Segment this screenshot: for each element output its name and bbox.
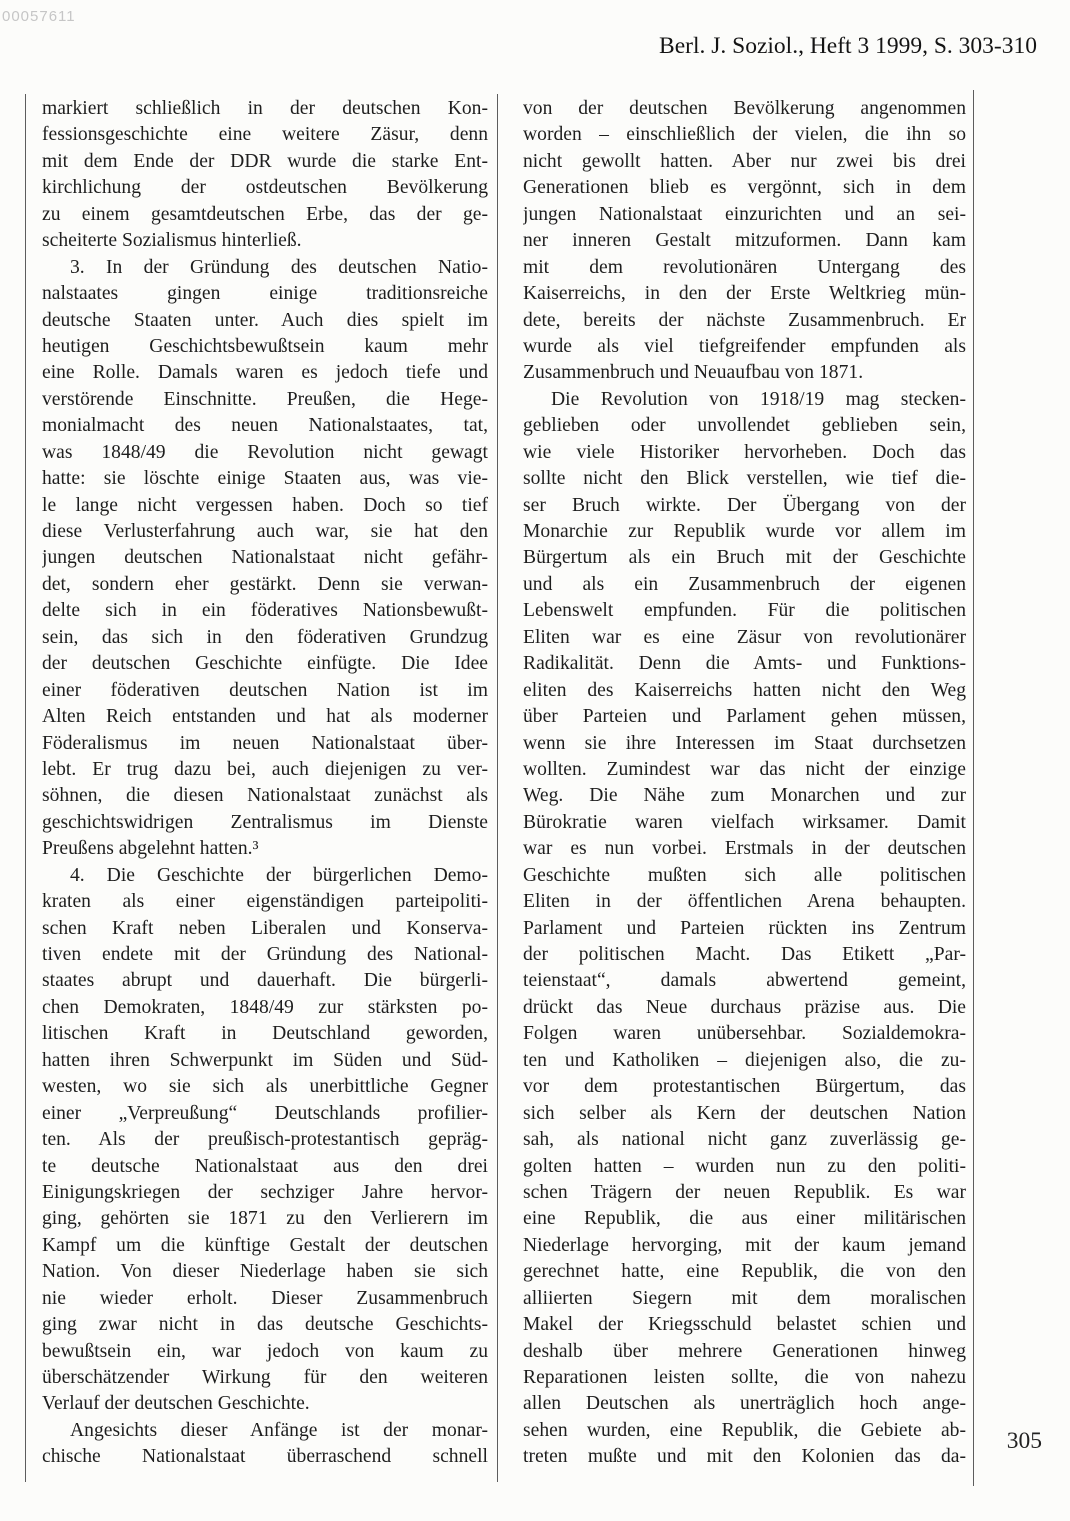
paragraph: Die Revolution von 1918/19 mag stecken-g…: [523, 387, 966, 1471]
text-line: nalstaates gingen einige traditionsreich…: [42, 281, 488, 307]
text-line: zu einem gesamtdeutschen Erbe, das der g…: [42, 202, 488, 228]
text-line: teienstaat“, damals abwertend gemeint,: [523, 968, 966, 994]
text-line: deutsche Staaten unter. Auch dies spielt…: [42, 308, 488, 334]
text-line: eine Republik, die aus einer militärisch…: [523, 1206, 966, 1232]
text-line: sollte nicht den Blick verstellen, wie t…: [523, 466, 966, 492]
scan-id-stamp: 00057611: [2, 8, 76, 25]
text-line: delte sich in ein föderatives Nationsbew…: [42, 598, 488, 624]
text-line: Parlament und Parteien rückten ins Zentr…: [523, 916, 966, 942]
text-line: nie wieder erholt. Dieser Zusammenbruch: [42, 1286, 488, 1312]
text-line: wollten. Zumindest war das nicht der ein…: [523, 757, 966, 783]
text-line: ging zwar nicht in das deutsche Geschich…: [42, 1312, 488, 1338]
text-line: von der deutschen Bevölkerung angenommen: [523, 96, 966, 122]
text-line: Nation. Von dieser Niederlage haben sie …: [42, 1259, 488, 1285]
text-line: det, sondern eher gestärkt. Denn sie ver…: [42, 572, 488, 598]
text-line: vor dem protestantischen Bürgertum, das: [523, 1074, 966, 1100]
text-line: westen, wo sie sich als unerbittliche Ge…: [42, 1074, 488, 1100]
text-line: sehen wurden, eine Republik, die Gebiete…: [523, 1418, 966, 1444]
text-line: wie viele Historiker hervorheben. Doch d…: [523, 440, 966, 466]
text-line: Zusammenbruch und Neuaufbau von 1871.: [523, 360, 966, 386]
text-line: heutigen Geschichtsbewußtsein kaum mehr: [42, 334, 488, 360]
text-line: deshalb über mehrere Generationen hinweg: [523, 1339, 966, 1365]
text-line: Makel der Kriegsschuld belastet schien u…: [523, 1312, 966, 1338]
text-line: monialmacht des neuen Nationalstaates, t…: [42, 413, 488, 439]
text-line: Föderalismus im neuen Nationalstaat über…: [42, 731, 488, 757]
text-line: Die Revolution von 1918/19 mag stecken-: [523, 387, 966, 413]
text-line: scheiterte Sozialismus hinterließ.: [42, 228, 488, 254]
text-line: lebt. Er trug dazu bei, auch diejenigen …: [42, 757, 488, 783]
text-line: worden – einschließlich der vielen, die …: [523, 122, 966, 148]
text-line: Kampf um die künftige Gestalt der deutsc…: [42, 1233, 488, 1259]
text-line: markiert schließlich in der deutschen Ko…: [42, 96, 488, 122]
text-line: Kaiserreichs, in den der Erste Weltkrieg…: [523, 281, 966, 307]
text-line: eine Rolle. Damals waren es jedoch tiefe…: [42, 360, 488, 386]
text-line: Eliten war es eine Zäsur von revolutionä…: [523, 625, 966, 651]
text-line: Niederlage hervorging, mit der kaum jema…: [523, 1233, 966, 1259]
text-line: Bürokratie waren vielfach wirksamer. Dam…: [523, 810, 966, 836]
text-line: sah, als national nicht ganz zuverlässig…: [523, 1127, 966, 1153]
text-line: söhnen, die diesen Nationalstaat zunächs…: [42, 783, 488, 809]
text-line: Reparationen leisten sollte, die von nah…: [523, 1365, 966, 1391]
page-number: 305: [1007, 1428, 1042, 1455]
text-line: 4. Die Geschichte der bürgerlichen Demo-: [42, 863, 488, 889]
text-line: Angesichts dieser Anfänge ist der monar-: [42, 1418, 488, 1444]
text-line: drückt das Neue durchaus präzise aus. Di…: [523, 995, 966, 1021]
text-line: Lebenswelt empfunden. Für die politische…: [523, 598, 966, 624]
text-line: jungen deutschen Nationalstaat nicht gef…: [42, 545, 488, 571]
text-line: allen Deutschen als unerträglich hoch an…: [523, 1391, 966, 1417]
text-line: chische Nationalstaat überraschend schne…: [42, 1444, 488, 1470]
text-line: Weg. Die Nähe zum Monarchen und zur: [523, 783, 966, 809]
text-line: ten. Als der preußisch-protestantisch ge…: [42, 1127, 488, 1153]
text-line: Bürgertum als ein Bruch mit der Geschich…: [523, 545, 966, 571]
journal-reference-header: Berl. J. Soziol., Heft 3 1999, S. 303-31…: [659, 33, 1037, 60]
text-line: sein, das sich in den föderativen Grundz…: [42, 625, 488, 651]
text-line: alliierten Siegern mit dem moralischen: [523, 1286, 966, 1312]
text-line: ten und Katholiken – diejenigen also, di…: [523, 1048, 966, 1074]
text-line: dete, bereits der nächste Zusammenbruch.…: [523, 308, 966, 334]
text-line: hatte: sie löschte einige Staaten aus, w…: [42, 466, 488, 492]
text-line: tiven endete mit der Gründung des Nation…: [42, 942, 488, 968]
text-line: der deutschen Geschichte einfügte. Die I…: [42, 651, 488, 677]
text-line: Geschichte mußten sich alle politischen: [523, 863, 966, 889]
paragraph: von der deutschen Bevölkerung angenommen…: [523, 96, 966, 387]
paragraph: Angesichts dieser Anfänge ist der monar-…: [42, 1418, 488, 1471]
text-line: der politischen Macht. Das Etikett „Par-: [523, 942, 966, 968]
scanned-journal-page: 00057611 Berl. J. Soziol., Heft 3 1999, …: [0, 0, 1070, 1521]
text-line: war es nun vorbei. Erstmals in der deuts…: [523, 836, 966, 862]
text-line: geschichtswidrigen Zentralismus im Diens…: [42, 810, 488, 836]
text-line: was 1848/49 die Revolution nicht gewagt: [42, 440, 488, 466]
text-column-right: von der deutschen Bevölkerung angenommen…: [523, 96, 966, 1471]
text-line: 3. In der Gründung des deutschen Natio-: [42, 255, 488, 281]
text-line: Preußens abgelehnt hatten.³: [42, 836, 488, 862]
text-line: wurde als viel tiefgreifender empfunden …: [523, 334, 966, 360]
text-line: verstörende Einschnitte. Preußen, die He…: [42, 387, 488, 413]
text-line: Monarchie zur Republik wurde vor allem i…: [523, 519, 966, 545]
text-line: mit dem revolutionären Untergang des: [523, 255, 966, 281]
text-line: schen Kraft neben Liberalen und Konserva…: [42, 916, 488, 942]
text-line: einer „Verpreußung“ Deutschlands profili…: [42, 1101, 488, 1127]
text-line: Generationen blieb es vergönnt, sich in …: [523, 175, 966, 201]
text-line: treten mußte und mit den Kolonien das da…: [523, 1444, 966, 1470]
text-line: fessionsgeschichte eine weitere Zäsur, d…: [42, 122, 488, 148]
text-line: Verlauf der deutschen Geschichte.: [42, 1391, 488, 1417]
text-line: nicht gewollt hatten. Aber nur zwei bis …: [523, 149, 966, 175]
text-column-left: markiert schließlich in der deutschen Ko…: [42, 96, 488, 1471]
paragraph: 3. In der Gründung des deutschen Natio-n…: [42, 255, 488, 863]
text-line: litischen Kraft in Deutschland geworden,: [42, 1021, 488, 1047]
text-line: über Parteien und Parlament gehen müssen…: [523, 704, 966, 730]
paragraph: 4. Die Geschichte der bürgerlichen Demo-…: [42, 863, 488, 1418]
text-line: kraten als einer eigenständigen parteipo…: [42, 889, 488, 915]
text-line: Folgen waren unübersehbar. Sozialdemokra…: [523, 1021, 966, 1047]
text-line: golten hatten – wurden nun zu den politi…: [523, 1154, 966, 1180]
text-line: chen Demokraten, 1848/49 zur stärksten p…: [42, 995, 488, 1021]
left-page-rule: [25, 94, 26, 1482]
text-line: hatten ihren Schwerpunkt im Süden und Sü…: [42, 1048, 488, 1074]
text-line: jungen Nationalstaat einzurichten und an…: [523, 202, 966, 228]
text-line: diese Verlusterfahrung auch war, sie hat…: [42, 519, 488, 545]
text-line: schen Trägern der neuen Republik. Es war: [523, 1180, 966, 1206]
text-line: geblieben oder unvollendet geblieben sei…: [523, 413, 966, 439]
text-line: eliten des Kaiserreichs hatten nicht den…: [523, 678, 966, 704]
text-line: gerechnet hatte, eine Republik, die von …: [523, 1259, 966, 1285]
text-line: mit dem Ende der DDR wurde die starke En…: [42, 149, 488, 175]
text-line: Radikalität. Denn die Amts- und Funktion…: [523, 651, 966, 677]
text-line: einer föderativen deutschen Nation ist i…: [42, 678, 488, 704]
text-line: te deutsche Nationalstaat aus den drei: [42, 1154, 488, 1180]
text-line: staates abrupt und dauerhaft. Die bürger…: [42, 968, 488, 994]
text-line: le lange nicht vergessen haben. Doch so …: [42, 493, 488, 519]
text-line: bewußtsein ein, war jedoch von kaum zu: [42, 1339, 488, 1365]
paragraph: markiert schließlich in der deutschen Ko…: [42, 96, 488, 255]
text-line: und als ein Zusammenbruch der eigenen: [523, 572, 966, 598]
text-line: sich selber als Kern der deutschen Natio…: [523, 1101, 966, 1127]
text-line: ner inneren Gestalt mitzuformen. Dann ka…: [523, 228, 966, 254]
text-line: überschätzender Wirkung für den weiteren: [42, 1365, 488, 1391]
text-line: Einigungskriegen der sechziger Jahre her…: [42, 1180, 488, 1206]
text-line: Eliten in der öffentlichen Arena behaupt…: [523, 889, 966, 915]
text-line: wenn sie ihre Interessen im Staat durchs…: [523, 731, 966, 757]
text-line: kirchlichung der ostdeutschen Bevölkerun…: [42, 175, 488, 201]
column-divider-rule: [497, 94, 498, 1482]
right-page-rule: [973, 90, 974, 1486]
text-line: ser Bruch wirkte. Der Übergang von der: [523, 493, 966, 519]
text-line: ging, gehörten sie 1871 zu den Verlierer…: [42, 1206, 488, 1232]
text-line: Alten Reich entstanden und hat als moder…: [42, 704, 488, 730]
